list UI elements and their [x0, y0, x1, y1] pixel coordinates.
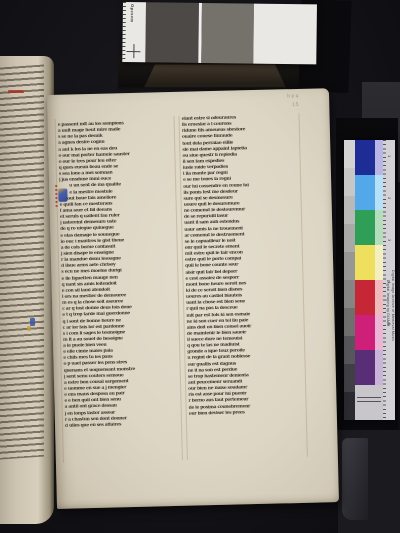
ruler-number: 1	[386, 155, 392, 161]
color-patch-row	[355, 280, 383, 315]
folio-number: 15	[292, 102, 299, 108]
color-patch	[355, 210, 375, 245]
color-tint-patch	[375, 175, 383, 210]
color-tint-patch	[375, 140, 383, 175]
gray-ramp-patch	[344, 392, 355, 420]
gray-ramp-patch	[344, 224, 355, 252]
initial-blue-speck	[30, 318, 35, 326]
gray-patch	[253, 4, 317, 65]
scale-label-strip: Opcsvm	[122, 2, 146, 62]
color-tint-patch	[375, 280, 383, 315]
color-tint-patch	[375, 210, 383, 245]
cm-ruler: 12345 Digital Imaging by DIAMM Digital I…	[383, 140, 395, 420]
text-column-right: elant estre si odeurauresils erueslar a …	[182, 114, 309, 418]
initial-penwork	[55, 185, 58, 209]
scale-vertical-label: Opcsvm	[130, 4, 135, 22]
color-patch-row	[355, 245, 383, 280]
color-patch	[355, 175, 375, 210]
grayscale-calibration-bar: Opcsvm	[122, 2, 317, 64]
gray-patch	[201, 3, 254, 64]
color-tint-patch	[375, 385, 383, 420]
photo-backdrop: Opcsvm	[0, 0, 400, 533]
diamm-credit-line: Digital Imaging by DIAMM	[386, 280, 390, 326]
gray-ramp-patch	[344, 252, 355, 280]
color-patch	[355, 280, 375, 315]
gray-patch	[145, 2, 199, 63]
gray-ramp-patch	[344, 308, 355, 336]
color-patch	[355, 350, 375, 385]
color-patch-row	[355, 350, 383, 385]
book-cover-highlight	[342, 438, 368, 520]
initial-gold-speck	[27, 326, 31, 331]
ruler-number: 2	[386, 197, 392, 203]
gray-ramp-patch	[344, 364, 355, 392]
color-tint-patch	[375, 245, 383, 280]
color-patches	[355, 140, 383, 420]
color-patch-row	[355, 140, 383, 175]
gray-ramp-patch	[344, 140, 355, 168]
gray-ramp-patch	[344, 280, 355, 308]
color-patch-row	[355, 175, 383, 210]
color-tint-patch	[375, 315, 383, 350]
facing-page-text	[0, 64, 44, 459]
color-patch-row	[355, 315, 383, 350]
color-patch	[355, 315, 375, 350]
gray-ramp	[344, 140, 355, 420]
book-spine-top	[144, 65, 285, 88]
facing-page-edge	[0, 56, 54, 524]
color-patch	[355, 385, 375, 420]
registration-cross-icon	[126, 44, 140, 58]
color-patch-row	[355, 385, 383, 420]
ruler-number: 3	[386, 239, 392, 245]
color-calibration-bar: 12345 Digital Imaging by DIAMM Digital I…	[344, 140, 395, 420]
gray-ramp-patch	[344, 196, 355, 224]
gray-ramp-patch	[344, 336, 355, 364]
manuscript-page: b p q 15 e passent mlt au los sompionsa …	[47, 88, 339, 509]
gray-patches	[145, 2, 317, 64]
color-patch-row	[355, 210, 383, 245]
text-column-left: e passent mlt au los sompionsa uult mage…	[58, 120, 185, 430]
diamm-archive-line: Digital Image Archive of Medieval Music	[391, 270, 395, 341]
color-patch	[355, 245, 375, 280]
decorated-initial	[58, 189, 67, 202]
gray-ramp-patch	[344, 168, 355, 196]
rubric-red	[8, 90, 24, 93]
pencil-note: b p q	[287, 94, 299, 99]
color-patch	[355, 140, 375, 175]
color-tint-patch	[375, 350, 383, 385]
